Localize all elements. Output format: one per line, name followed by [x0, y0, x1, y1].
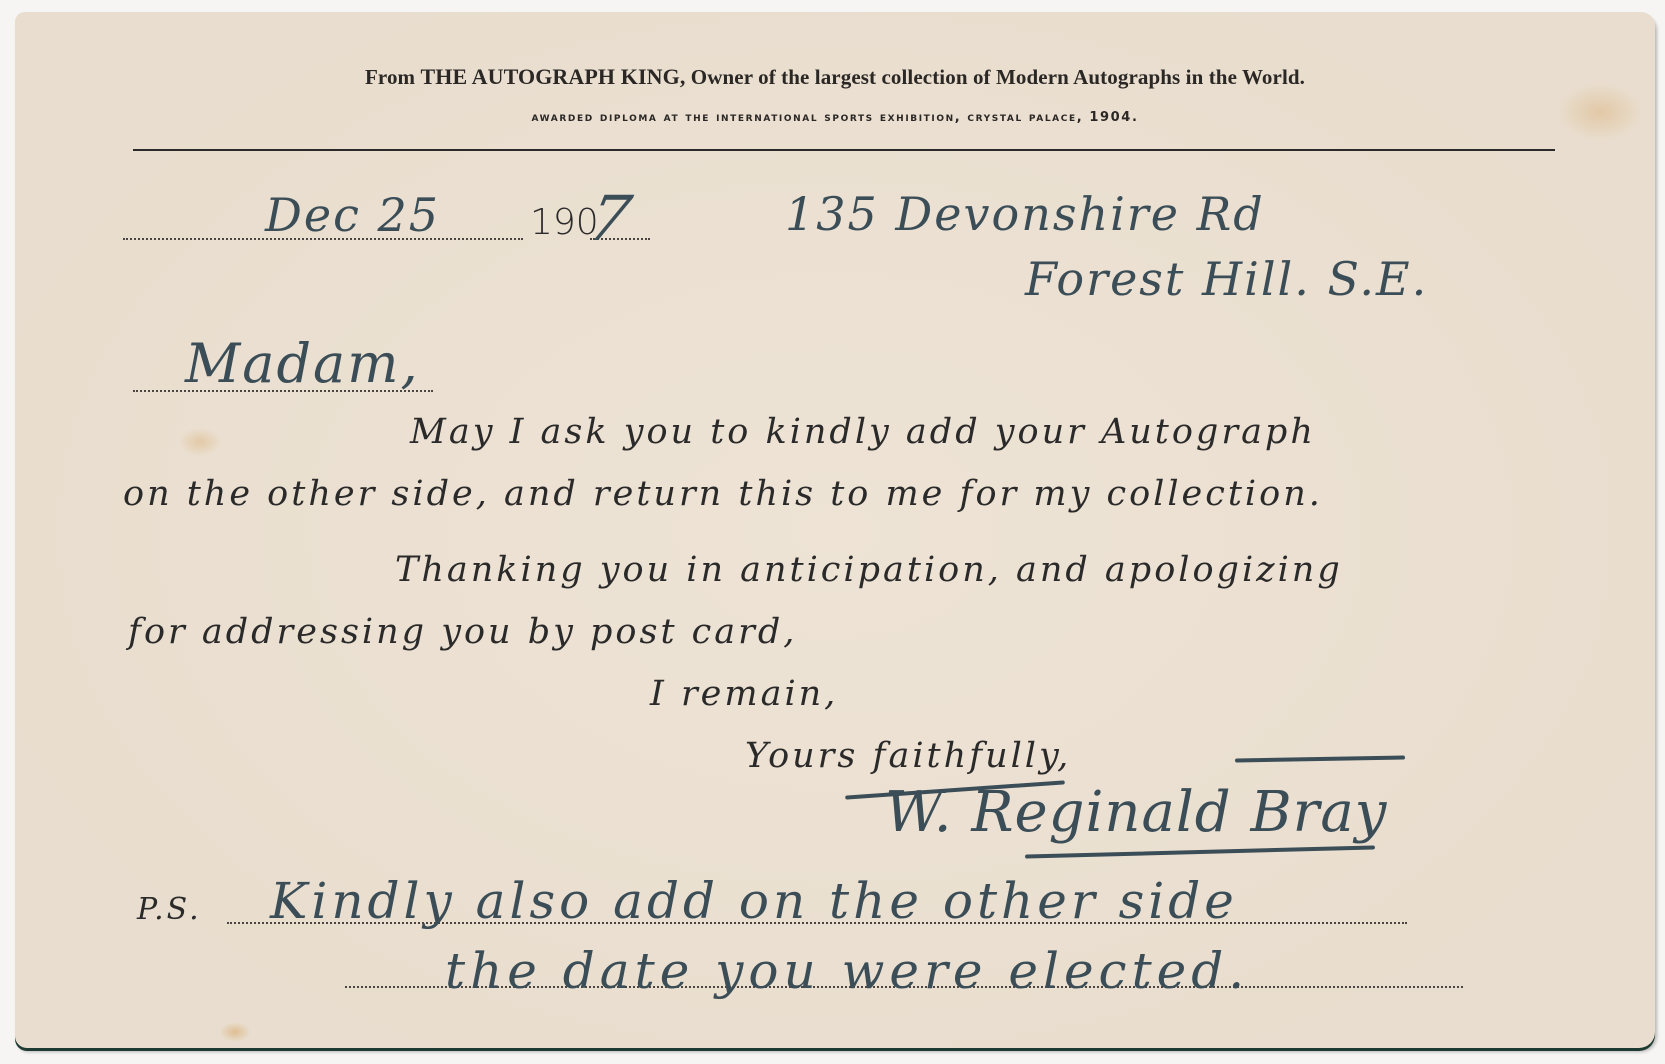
header-rule: [133, 149, 1555, 151]
body-p2-line1: Thanking you in anticipation, and apolog…: [395, 550, 1343, 590]
header-line-2: Awarded Diploma at the International Spo…: [15, 110, 1655, 125]
header-from: From: [365, 65, 415, 89]
salutation: Madam,: [185, 332, 420, 395]
handwritten-date: Dec 25: [265, 188, 440, 242]
signature-underline: [1025, 845, 1375, 858]
postcard: From THE AUTOGRAPH KING, Owner of the la…: [15, 12, 1655, 1048]
header-owner-text: Owner of the largest collection of Moder…: [691, 65, 1305, 89]
body-p1-line1: May I ask you to kindly add your Autogra…: [410, 412, 1316, 452]
address-line-1: 135 Devonshire Rd: [785, 187, 1265, 241]
address-line-2: Forest Hill. S.E.: [1025, 252, 1428, 306]
ps-line-1: Kindly also add on the other side: [270, 872, 1238, 930]
body-p2-line2: for addressing you by post card,: [128, 612, 797, 652]
handwritten-year-digit: 7: [582, 182, 639, 255]
header-autograph-king: THE AUTOGRAPH KING,: [421, 64, 686, 89]
body-p1-line2: on the other side, and return this to me…: [123, 474, 1323, 514]
signature-flourish-top: [1235, 756, 1405, 763]
closing-i-remain: I remain,: [650, 674, 838, 714]
ps-line-2: the date you were elected.: [445, 942, 1249, 1000]
signature: W. Reginald Bray: [885, 780, 1387, 845]
closing-yours-faithfully: Yours faithfully,: [745, 736, 1071, 776]
ps-label: P.S.: [137, 892, 202, 927]
header-line-1: From THE AUTOGRAPH KING, Owner of the la…: [15, 64, 1655, 90]
